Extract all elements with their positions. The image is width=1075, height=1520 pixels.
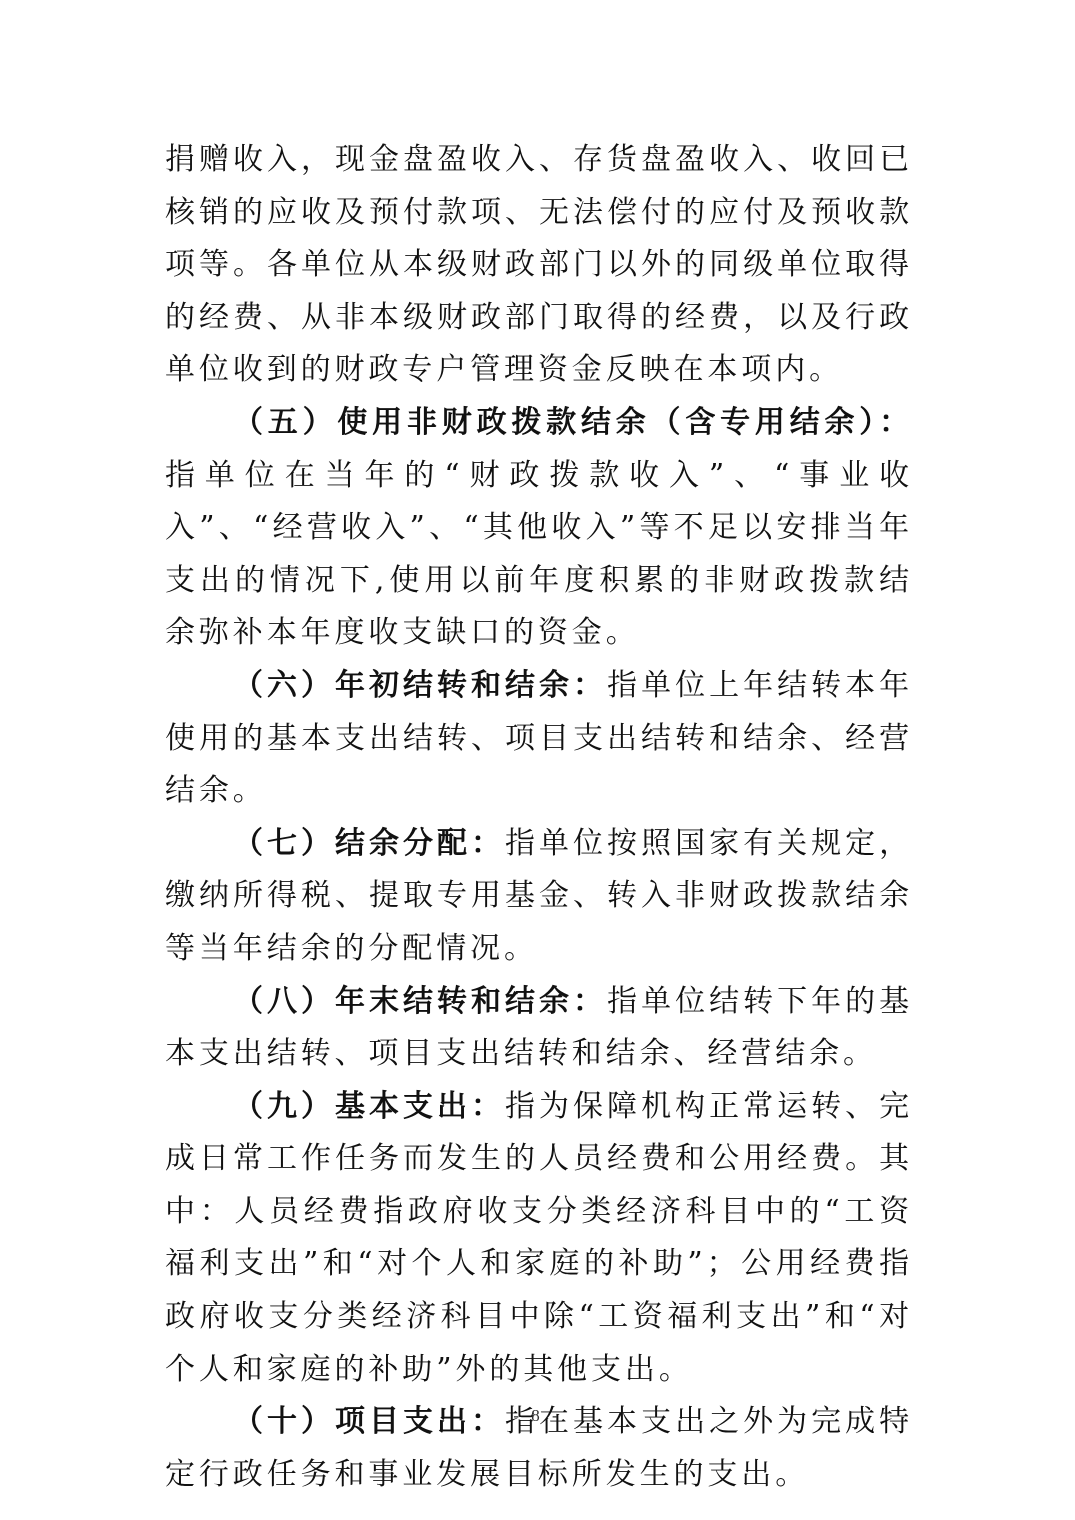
paragraph-item-5: （五）使用非财政拨款结余（含专用结余）：指单位在当年的“财政拨款收入”、“事业收…: [165, 397, 913, 660]
paragraph-item-7: （七）结余分配：指单位按照国家有关规定，缴纳所得税、提取专用基金、转入非财政拨款…: [165, 818, 913, 976]
paragraph-text: 指单位在当年的“财政拨款收入”、“事业收入”、“经营收入”、“其他收入”等不足以…: [165, 458, 913, 651]
paragraph-text: 捐赠收入，现金盘盈收入、存货盘盈收入、收回已核销的应收及预付款项、无法偿付的应付…: [165, 142, 913, 387]
paragraph-item-6: （六）年初结转和结余：指单位上年结转本年使用的基本支出结转、项目支出结转和结余、…: [165, 660, 913, 818]
term-heading: （五）使用非财政拨款结余（含专用结余）：: [233, 405, 913, 440]
document-body: 捐赠收入，现金盘盈收入、存货盘盈收入、收回已核销的应收及预付款项、无法偿付的应付…: [165, 134, 913, 1501]
term-heading: （六）年初结转和结余：: [233, 668, 607, 703]
page-number: - 8 -: [0, 1406, 1075, 1426]
term-heading: （九）基本支出：: [233, 1089, 505, 1124]
paragraph-continuation: 捐赠收入，现金盘盈收入、存货盘盈收入、收回已核销的应收及预付款项、无法偿付的应付…: [165, 134, 913, 397]
term-heading: （八）年末结转和结余：: [233, 984, 607, 1019]
paragraph-item-8: （八）年末结转和结余：指单位结转下年的基本支出结转、项目支出结转和结余、经营结余…: [165, 976, 913, 1081]
term-heading: （七）结余分配：: [233, 826, 505, 861]
paragraph-item-9: （九）基本支出：指为保障机构正常运转、完成日常工作任务而发生的人员经费和公用经费…: [165, 1081, 913, 1397]
paragraph-text: 指为保障机构正常运转、完成日常工作任务而发生的人员经费和公用经费。其中：人员经费…: [165, 1089, 913, 1387]
